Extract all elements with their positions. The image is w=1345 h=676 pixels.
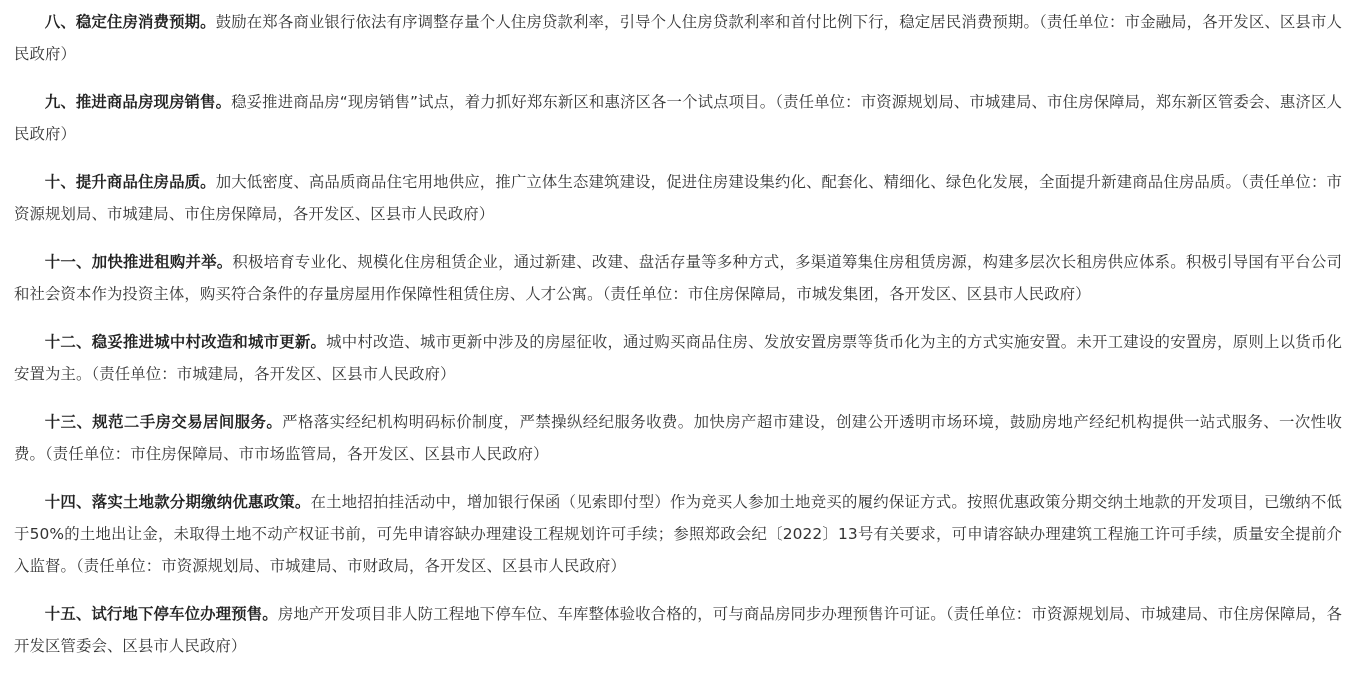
- policy-item-title: 十三、规范二手房交易居间服务。: [45, 413, 282, 431]
- policy-item-10: 十、提升商品住房品质。加大低密度、高品质商品住宅用地供应，推广立体生态建筑建设，…: [14, 166, 1342, 230]
- policy-article: 八、稳定住房消费预期。鼓励在郑各商业银行依法有序调整存量个人住房贷款利率，引导个…: [14, 6, 1342, 676]
- policy-item-title: 八、稳定住房消费预期。: [45, 13, 216, 31]
- policy-item-title: 十、提升商品住房品质。: [45, 173, 216, 191]
- policy-item-13: 十三、规范二手房交易居间服务。严格落实经纪机构明码标价制度，严禁操纵经纪服务收费…: [14, 406, 1342, 470]
- policy-item-12: 十二、稳妥推进城中村改造和城市更新。城中村改造、城市更新中涉及的房屋征收，通过购…: [14, 326, 1342, 390]
- policy-item-15: 十五、试行地下停车位办理预售。房地产开发项目非人防工程地下停车位、车库整体验收合…: [14, 598, 1342, 662]
- policy-item-title: 十五、试行地下停车位办理预售。: [45, 605, 278, 623]
- policy-item-11: 十一、加快推进租购并举。积极培育专业化、规模化住房租赁企业，通过新建、改建、盘活…: [14, 246, 1342, 310]
- policy-item-9: 九、推进商品房现房销售。稳妥推进商品房“现房销售”试点，着力抓好郑东新区和惠济区…: [14, 86, 1342, 150]
- policy-item-14: 十四、落实土地款分期缴纳优惠政策。在土地招拍挂活动中，增加银行保函（见索即付型）…: [14, 486, 1342, 582]
- policy-item-title: 九、推进商品房现房销售。: [45, 93, 231, 111]
- policy-item-title: 十二、稳妥推进城中村改造和城市更新。: [45, 333, 326, 351]
- policy-item-title: 十一、加快推进租购并举。: [45, 253, 233, 271]
- policy-item-title: 十四、落实土地款分期缴纳优惠政策。: [45, 493, 311, 511]
- policy-item-8: 八、稳定住房消费预期。鼓励在郑各商业银行依法有序调整存量个人住房贷款利率，引导个…: [14, 6, 1342, 70]
